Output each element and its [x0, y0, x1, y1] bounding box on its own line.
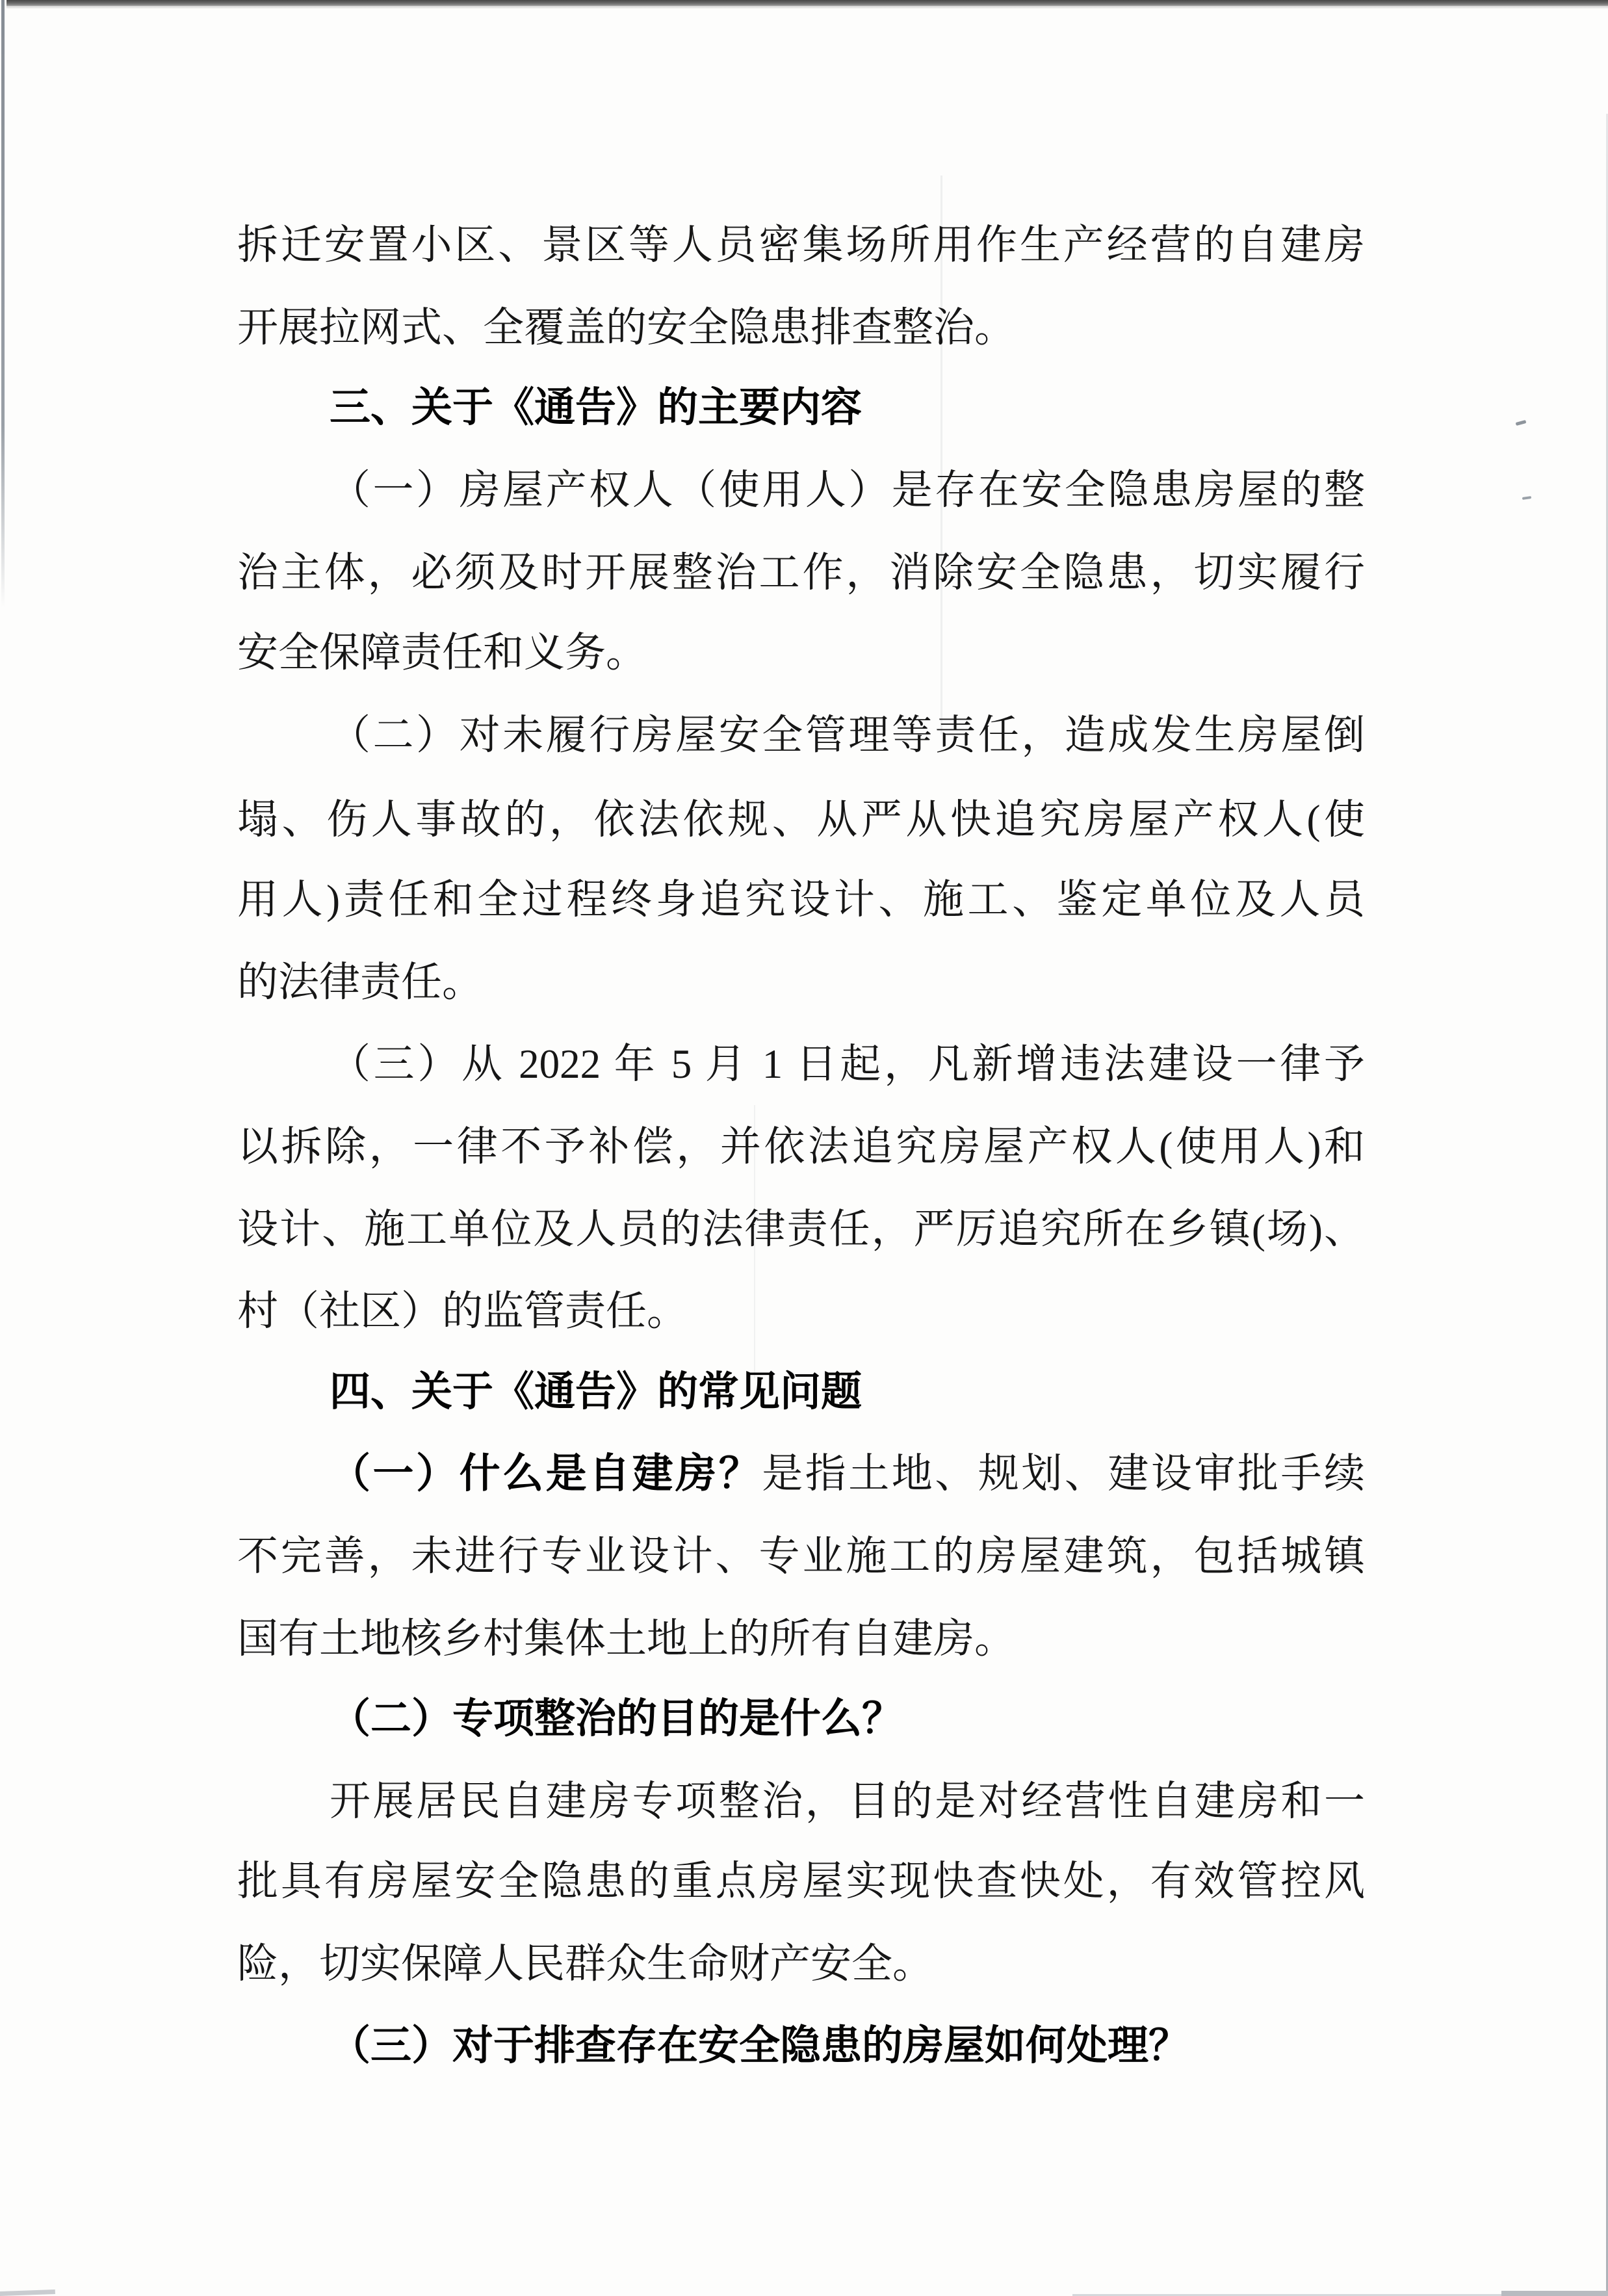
body-line: 不完善，未进行专业设计、专业施工的房屋建筑，包括城镇	[237, 1534, 1365, 1597]
scan-corner-bottom-left	[0, 2289, 55, 2296]
body-line: 村（社区）的监管责任。	[237, 1289, 1365, 1351]
body-line-text: 是指土地、规划、建设审批手续	[762, 1451, 1365, 1496]
scan-speck-1	[1516, 420, 1527, 426]
question-heading-3: （三）对于排查存在安全隐患的房屋如何处理？	[237, 2024, 1365, 2086]
body-line: 国有土地核乡村集体土地上的所有自建房。	[237, 1617, 1365, 1679]
body-line: 拆迁安置小区、景区等人员密集场所用作生产经营的自建房	[237, 223, 1365, 285]
body-line: 用人)责任和全过程终身追究设计、施工、鉴定单位及人员	[237, 878, 1365, 940]
scan-speck-2	[1522, 496, 1531, 500]
section-heading-3: 三、关于《通告》的主要内容	[237, 385, 1365, 448]
body-line: 治主体，必须及时开展整治工作，消除安全隐患，切实履行	[237, 551, 1365, 613]
body-line: 开展居民自建房专项整治，目的是对经营性自建房和一	[237, 1779, 1365, 1842]
scan-edge-left	[1, 0, 5, 608]
document-body: 拆迁安置小区、景区等人员密集场所用作生产经营的自建房 开展拉网式、全覆盖的安全隐…	[237, 0, 1365, 2296]
body-line: 设计、施工单位及人员的法律责任，严厉追究所在乡镇(场)、	[237, 1207, 1365, 1270]
body-line: 以拆除，一律不予补偿，并依法追究房屋产权人(使用人)和	[237, 1125, 1365, 1187]
body-line: 批具有房屋安全隐患的重点房屋实现快查快处，有效管控风	[237, 1859, 1365, 1922]
document-page: 拆迁安置小区、景区等人员密集场所用作生产经营的自建房 开展拉网式、全覆盖的安全隐…	[0, 0, 1608, 2296]
body-line: 塌、伤人事故的，依法依规、从严从快追究房屋产权人(使	[237, 798, 1365, 860]
body-line: 险，切实保障人民群众生命财产安全。	[237, 1942, 1365, 2004]
body-line: 安全保障责任和义务。	[237, 631, 1365, 693]
body-line: （一）什么是自建房？是指土地、规划、建设审批手续	[237, 1452, 1365, 1514]
question-heading-1-inline: （一）什么是自建房？	[330, 1450, 762, 1497]
scan-corner-bottom-right	[1501, 2291, 1608, 2296]
question-heading-2: （二）专项整治的目的是什么？	[237, 1697, 1365, 1759]
section-heading-4: 四、关于《通告》的常见问题	[237, 1370, 1365, 1432]
body-line: （三）从 2022 年 5 月 1 日起，凡新增违法建设一律予	[237, 1042, 1365, 1104]
body-line: （二）对未履行房屋安全管理等责任，造成发生房屋倒	[237, 713, 1365, 776]
body-line: （一）房屋产权人（使用人）是存在安全隐患房屋的整	[237, 468, 1365, 530]
body-line: 开展拉网式、全覆盖的安全隐患排查整治。	[237, 306, 1365, 368]
body-line: 的法律责任。	[237, 960, 1365, 1023]
